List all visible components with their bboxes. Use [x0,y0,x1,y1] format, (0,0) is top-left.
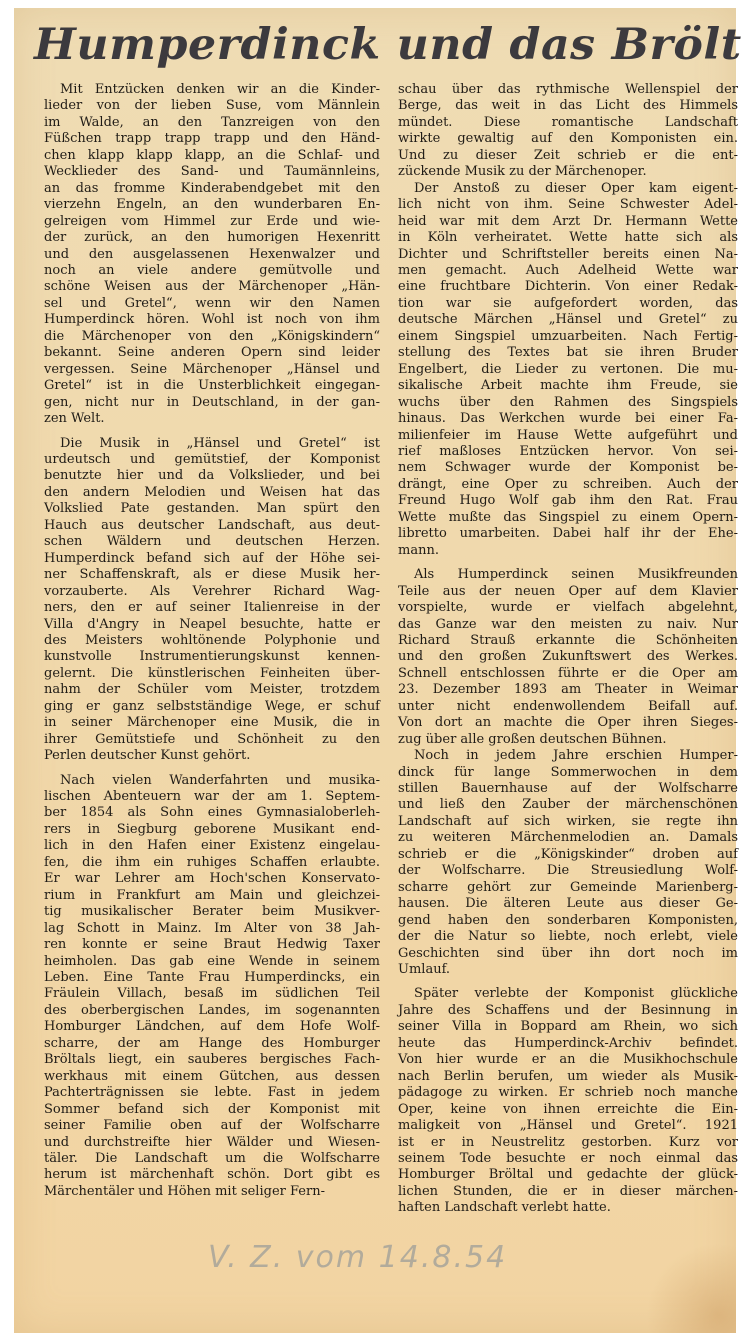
text-line: Umlauf. [398,962,738,978]
text-line: Humperdinck hören. Wohl ist noch von ihm [44,312,380,328]
text-line: seinem Tode besuchte er noch einmal das [398,1151,738,1167]
text-line: Später verlebte der Komponist glückliche [398,986,738,1002]
paragraph: schau über das rythmische Wellenspiel de… [398,82,738,181]
text-line: Von hier wurde er an die Musikhochschule [398,1052,738,1068]
text-line: Er war Lehrer am Hoch'schen Konservato- [44,871,380,887]
text-line: Wecklieder des Sand- und Taumännleins, [44,164,380,180]
text-line: vierzehn Engeln, an den wunderbaren En- [44,197,380,213]
text-line: noch an viele andere gemütvolle und [44,263,380,279]
text-line: Nach vielen Wanderfahrten und musika- [44,773,380,789]
text-line: Homburger Ländchen, auf dem Hofe Wolf- [44,1019,380,1035]
text-line: sel und Gretel“, wenn wir den Namen [44,296,380,312]
text-line: und durchstreifte hier Wälder und Wiesen… [44,1135,380,1151]
text-line: schau über das rythmische Wellenspiel de… [398,82,738,98]
paragraph: Noch in jedem Jahre erschien Humper-dinc… [398,748,738,978]
text-line: men gemacht. Auch Adelheid Wette war [398,263,738,279]
text-line: lichen Stunden, die er in dieser märchen… [398,1184,738,1200]
paragraph: Nach vielen Wanderfahrten und musika-lis… [44,773,380,1201]
paragraph: Später verlebte der Komponist glückliche… [398,986,738,1216]
article-column-right: schau über das rythmische Wellenspiel de… [398,82,738,1217]
text-line: in Köln verheiratet. Wette hatte sich al… [398,230,738,246]
text-line: Fräulein Villach, besaß im südlichen Tei… [44,986,380,1002]
text-line: vorzauberte. Als Verehrer Richard Wag- [44,584,380,600]
text-line: rium in Frankfurt am Main und gleichzei- [44,888,380,904]
text-line: wuchs über den Rahmen des Singspiels [398,395,738,411]
article-column-left: Mit Entzücken denken wir an die Kinder-l… [44,82,380,1200]
text-line: eine fruchtbare Dichterin. Von einer Red… [398,279,738,295]
text-line: Geschichten sind über ihn dort noch im [398,946,738,962]
text-line: Pachterträgnissen sie lebte. Fast in jed… [44,1085,380,1101]
text-line: Teile aus der neuen Oper auf dem Klavier [398,584,738,600]
text-line: heimholen. Das gab eine Wende in seinem [44,954,380,970]
text-line: Schnell entschlossen führte er die Oper … [398,666,738,682]
text-line: Märchentäler und Höhen mit seliger Fern- [44,1184,380,1200]
text-line: Von dort an machte die Oper ihren Sieges… [398,715,738,731]
text-line: Landschaft auf sich wirken, sie regte ih… [398,814,738,830]
text-line: gend haben den sonderbaren Komponisten, [398,913,738,929]
text-line: Oper, keine von ihnen erreichte die Ein- [398,1102,738,1118]
text-line: heid war mit dem Arzt Dr. Hermann Wette [398,214,738,230]
text-line: heute das Humperdinck-Archiv befindet. [398,1036,738,1052]
text-line: einem Singspiel umzuarbeiten. Nach Ferti… [398,329,738,345]
text-line: lieder von der lieben Suse, vom Männlein [44,98,380,114]
text-line: sikalische Arbeit machte ihm Freude, sie [398,378,738,394]
text-line: Volkslied Pate gestanden. Man spürt den [44,501,380,517]
text-line: schen Wäldern und deutschen Herzen. [44,534,380,550]
text-line: Und zu dieser Zeit schrieb er die ent- [398,148,738,164]
text-line: ren konnte er seine Braut Hedwig Taxer [44,937,380,953]
text-line: bekannt. Seine anderen Opern sind leider [44,345,380,361]
text-line: drängt, eine Oper zu schreiben. Auch der [398,477,738,493]
text-line: tig musikalischer Berater beim Musikver- [44,904,380,920]
text-line: Gretel“ ist in die Unsterblichkeit einge… [44,378,380,394]
text-line: gen, nicht nur in Deutschland, in der ga… [44,395,380,411]
text-line: Noch in jedem Jahre erschien Humper- [398,748,738,764]
text-line: das Ganze war den meisten zu naiv. Nur [398,617,738,633]
text-line: zug über alle großen deutschen Bühnen. [398,732,738,748]
text-line: tion war sie aufgefordert worden, das [398,296,738,312]
text-line: Homburger Bröltal und gedachte der glück… [398,1167,738,1183]
text-line: kunstvolle Instrumentierungskunst kennen… [44,649,380,665]
text-line: der die Natur so liebte, noch erlebt, vi… [398,929,738,945]
text-line: Die Musik in „Hänsel und Gretel“ ist [44,436,380,452]
text-line: vergessen. Seine Märchenoper „Hänsel und [44,362,380,378]
text-line: Humperdinck befand sich auf der Höhe sei… [44,551,380,567]
text-line: ber 1854 als Sohn eines Gymnasialoberleh… [44,805,380,821]
text-line: Perlen deutscher Kunst gehört. [44,748,380,764]
text-line: Bröltals liegt, ein sauberes bergisches … [44,1052,380,1068]
text-line: täler. Die Landschaft um die Wolfscharre [44,1151,380,1167]
paragraph: Als Humperdinck seinen MusikfreundenTeil… [398,567,738,748]
text-line: Füßchen trapp trapp trapp und den Händ- [44,131,380,147]
text-line: zückende Musik zu der Märchenoper. [398,164,738,180]
text-line: rers in Siegburg geborene Musikant end- [44,822,380,838]
text-line: in seiner Märchenoper eine Musik, die in [44,715,380,731]
text-line: Berge, das weit in das Licht des Himmels [398,98,738,114]
text-line: die Märchenoper von den „Königskindern“ [44,329,380,345]
text-line: und den ausgelassenen Hexenwalzer und [44,247,380,263]
text-line: Leben. Eine Tante Frau Humperdincks, ein [44,970,380,986]
text-line: im Walde, an den Tanzreigen von den [44,115,380,131]
text-line: Dichter und Schriftsteller bereits einen… [398,247,738,263]
text-line: hinaus. Das Werkchen wurde bei einer Fa- [398,411,738,427]
text-line: hausen. Die älteren Leute aus dieser Ge- [398,896,738,912]
text-line: lich nicht von ihm. Seine Schwester Adel… [398,197,738,213]
text-line: gelreigen vom Himmel zur Erde und wie- [44,214,380,230]
text-line: Mit Entzücken denken wir an die Kinder- [44,82,380,98]
text-line: deutsche Märchen „Hänsel und Gretel“ zu [398,312,738,328]
text-line: 23. Dezember 1893 am Theater in Weimar [398,682,738,698]
text-line: der zurück, an den humorigen Hexenritt [44,230,380,246]
text-line: scharre gehört zur Gemeinde Marienberg- [398,880,738,896]
text-line: Villa d'Angry in Neapel besuchte, hatte … [44,617,380,633]
text-line: dinck für lange Sommerwochen in dem [398,765,738,781]
text-line: Sommer befand sich der Komponist mit [44,1102,380,1118]
text-line: lich in den Hafen einer Existenz eingela… [44,838,380,854]
text-line: rief maßloses Entzücken hervor. Von sei- [398,444,738,460]
text-line: scharre, der am Hange des Homburger [44,1036,380,1052]
text-line: haften Landschaft verlebt hatte. [398,1200,738,1216]
text-line: unter nicht endenwollendem Beifall auf. [398,699,738,715]
text-line: zen Welt. [44,411,380,427]
text-line: Engelbert, die Lieder zu vertonen. Die m… [398,362,738,378]
text-line: gelernt. Die künstlerischen Feinheiten ü… [44,666,380,682]
paragraph: Die Musik in „Hänsel und Gretel“ isturde… [44,436,380,765]
text-line: Als Humperdinck seinen Musikfreunden [398,567,738,583]
paragraph: Der Anstoß zu dieser Oper kam eigent-lic… [398,181,738,559]
text-line: maligkeit von „Hänsel und Gretel“. 1921 [398,1118,738,1134]
text-line: pädagoge zu wirken. Er schrieb noch manc… [398,1085,738,1101]
text-line: chen klapp klapp klapp, an die Schlaf- u… [44,148,380,164]
text-line: des Meisters wohltönende Polyphonie und [44,633,380,649]
text-line: herum ist märchenhaft schön. Dort gibt e… [44,1167,380,1183]
text-line: mündet. Diese romantische Landschaft [398,115,738,131]
text-line: Richard Strauß erkannte die Schönheiten [398,633,738,649]
text-line: ihrer Gemütstiefe und Schönheit zu den [44,732,380,748]
text-line: an das fromme Kinderabendgebet mit den [44,181,380,197]
text-line: libretto umarbeiten. Dabei half ihr der … [398,526,738,542]
headline: Humperdinck und das Bröltal [34,20,741,70]
text-line: schrieb er die „Königskinder“ droben auf [398,847,738,863]
text-line: fen, die ihm ein ruhiges Schaffen erlaub… [44,855,380,871]
text-line: urdeutsch und gemütstief, der Komponist [44,452,380,468]
text-line: nahm der Schüler vom Meister, trotzdem [44,682,380,698]
text-line: wirkte gewaltig auf den Komponisten ein. [398,131,738,147]
text-line: lag Schott in Mainz. Im Alter von 38 Jah… [44,921,380,937]
newspaper-clipping: Humperdinck und das Bröltal Mit Entzücke… [14,8,736,1333]
text-line: stellung des Textes bat sie ihren Bruder [398,345,738,361]
text-line: vorspielte, wurde er vielfach abgelehnt, [398,600,738,616]
text-line: benutzte hier und da Volkslieder, und be… [44,468,380,484]
text-line: werkhaus mit einem Gütchen, aus dessen [44,1069,380,1085]
text-line: mann. [398,543,738,559]
text-line: der Wolfscharre. Die Streusiedlung Wolf- [398,863,738,879]
text-line: und ließ den Zauber der märchenschönen [398,797,738,813]
text-line: und den großen Zukunftswert des Werkes. [398,649,738,665]
text-line: stillen Bauernhause auf der Wolfscharre [398,781,738,797]
text-line: nem Schwager wurde der Komponist be- [398,460,738,476]
text-line: den andern Melodien und Weisen hat das [44,485,380,501]
text-line: ging er ganz selbstständige Wege, er sch… [44,699,380,715]
text-line: seiner Villa in Boppard am Rhein, wo sic… [398,1019,738,1035]
text-line: schöne Weisen aus der Märchenoper „Hän- [44,279,380,295]
text-line: Wette mußte das Singspiel zu einem Opern… [398,510,738,526]
text-line: des oberbergischen Landes, im sogenannte… [44,1003,380,1019]
handwritten-pencil-note: V. Z. vom 14.8.54 [208,1240,507,1275]
text-line: seiner Familie oben auf der Wolfscharre [44,1118,380,1134]
text-line: Jahre des Schaffens und der Besinnung in [398,1003,738,1019]
text-line: Der Anstoß zu dieser Oper kam eigent- [398,181,738,197]
text-line: ner Schaffenskraft, als er diese Musik h… [44,567,380,583]
text-line: lischen Abenteuern war der am 1. Septem- [44,789,380,805]
text-line: Hauch aus deutscher Landschaft, aus deut… [44,518,380,534]
text-line: ners, den er auf seiner Italienreise in … [44,600,380,616]
text-line: milienfeier im Hause Wette aufgeführt un… [398,428,738,444]
paragraph: Mit Entzücken denken wir an die Kinder-l… [44,82,380,428]
text-line: ist er in Neustrelitz gestorben. Kurz vo… [398,1135,738,1151]
text-line: nach Berlin berufen, um wieder als Musik… [398,1069,738,1085]
text-line: zu weiteren Märchenmelodien an. Damals [398,830,738,846]
text-line: Freund Hugo Wolf gab ihm den Rat. Frau [398,493,738,509]
